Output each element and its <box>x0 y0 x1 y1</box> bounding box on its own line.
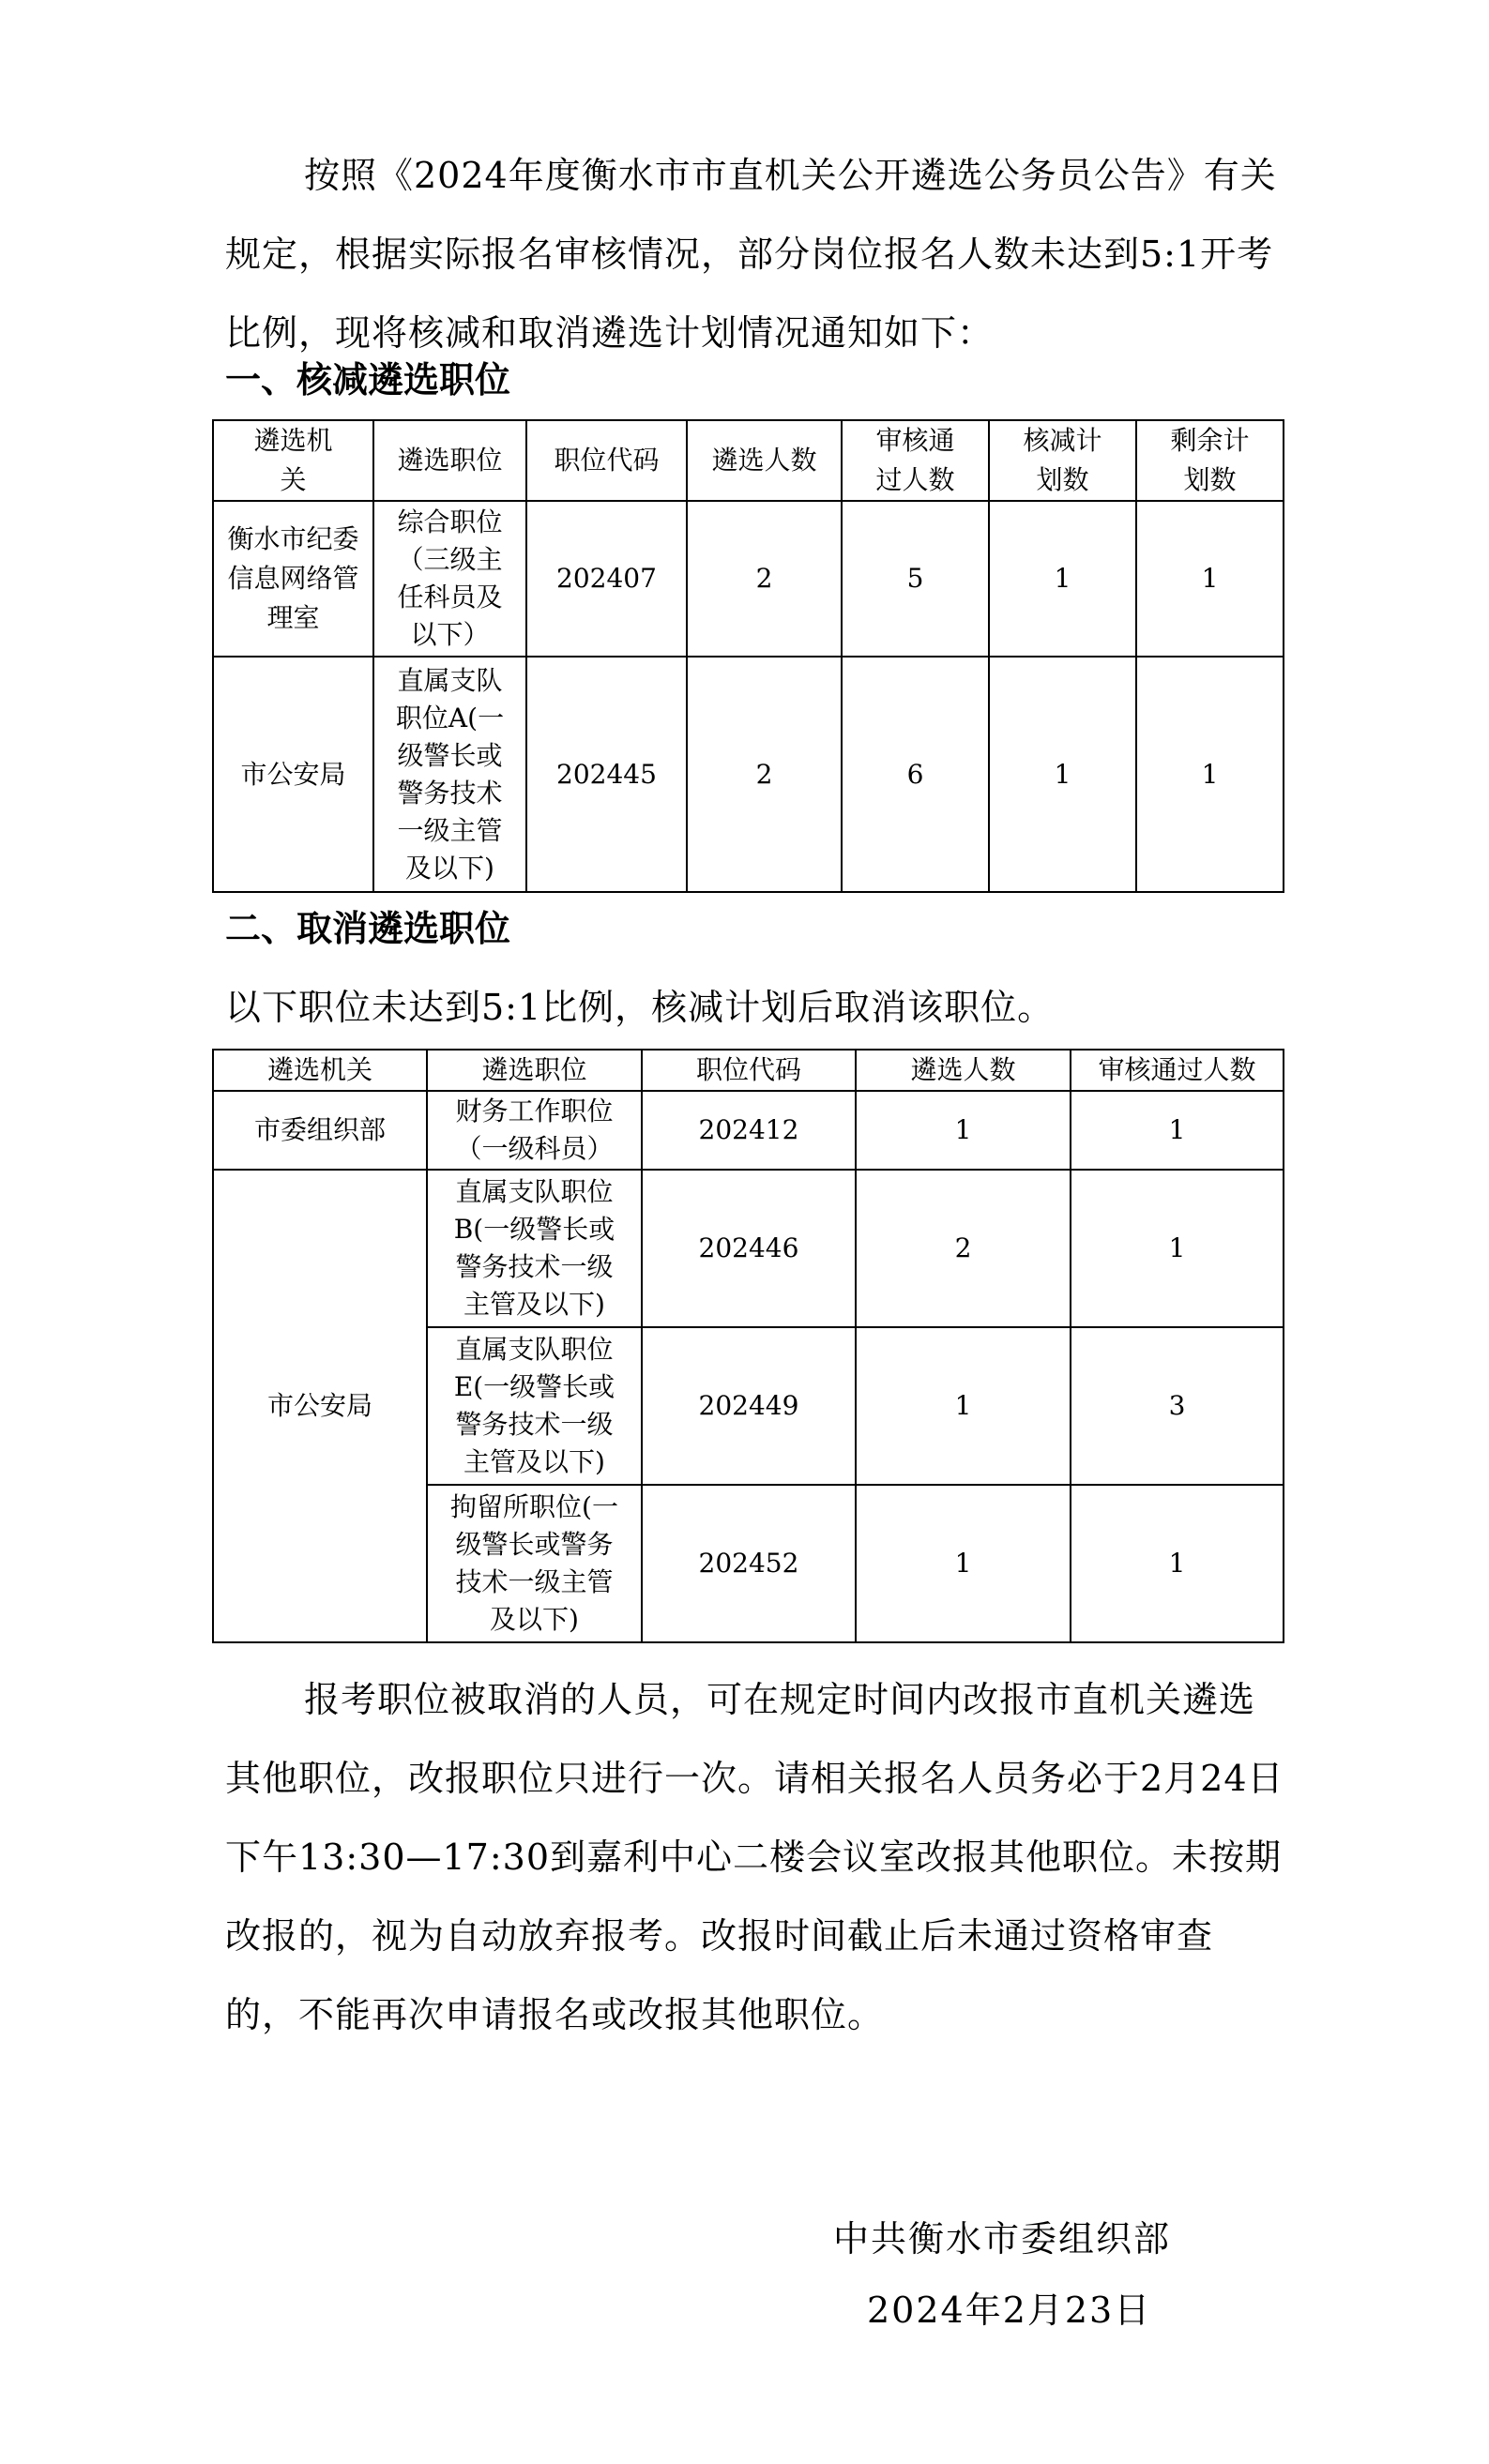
intro-paragraph: 按照《2024年度衡水市市直机关公开遴选公务员公告》有关规定，根据实际报名审核情… <box>225 136 1285 372</box>
cell-position: 直属支队职位E(一级警长或警务技术一级主管及以下) <box>427 1327 642 1485</box>
cell-remaining: 1 <box>1136 657 1284 892</box>
cell-code: 202412 <box>642 1091 856 1170</box>
table-row: 市委组织部 财务工作职位（一级科员） 202412 1 1 <box>213 1091 1284 1170</box>
cell-quota: 2 <box>687 657 842 892</box>
table-header-row: 遴选机关 遴选职位 职位代码 遴选人数 审核通过人数 核减计划数 剩余计划数 <box>213 420 1284 501</box>
header-passed: 审核通过人数 <box>842 420 989 501</box>
header-code: 职位代码 <box>642 1050 856 1091</box>
intro-text: 按照《2024年度衡水市市直机关公开遴选公务员公告》有关规定，根据实际报名审核情… <box>225 155 1277 354</box>
cell-position: 拘留所职位(一级警长或警务技术一级主管及以下) <box>427 1485 642 1642</box>
section2-note: 以下职位未达到5:1比例，核减计划后取消该职位。 <box>225 968 1285 1047</box>
header-quota: 遴选人数 <box>856 1050 1071 1091</box>
cell-passed: 5 <box>842 501 989 657</box>
header-position: 遴选职位 <box>427 1050 642 1091</box>
cell-code: 202407 <box>526 501 687 657</box>
header-remaining: 剩余计划数 <box>1136 420 1284 501</box>
header-position: 遴选职位 <box>373 420 526 501</box>
header-quota: 遴选人数 <box>687 420 842 501</box>
cell-position: 综合职位（三级主任科员及以下） <box>373 501 526 657</box>
cell-code: 202445 <box>526 657 687 892</box>
table-row: 市公安局 直属支队职位B(一级警长或警务技术一级主管及以下) 202446 2 … <box>213 1170 1284 1327</box>
cell-agency: 市公安局 <box>213 657 373 892</box>
header-passed: 审核通过人数 <box>1071 1050 1284 1091</box>
table-header-row: 遴选机关 遴选职位 职位代码 遴选人数 审核通过人数 <box>213 1050 1284 1091</box>
closing-text: 报考职位被取消的人员，可在规定时间内改报市直机关遴选其他职位，改报职位只进行一次… <box>225 1679 1284 2035</box>
cell-agency: 市委组织部 <box>213 1091 427 1170</box>
cell-code: 202449 <box>642 1327 856 1485</box>
header-agency: 遴选机关 <box>213 1050 427 1091</box>
cell-code: 202452 <box>642 1485 856 1642</box>
cell-quota: 1 <box>856 1327 1071 1485</box>
table-row: 衡水市纪委信息网络管理室 综合职位（三级主任科员及以下） 202407 2 5 … <box>213 501 1284 657</box>
cell-passed: 3 <box>1071 1327 1284 1485</box>
cell-reduced: 1 <box>989 657 1136 892</box>
table-row: 市公安局 直属支队职位A(一级警长或警务技术一级主管及以下) 202445 2 … <box>213 657 1284 892</box>
cell-passed: 1 <box>1071 1091 1284 1170</box>
closing-paragraph: 报考职位被取消的人员，可在规定时间内改报市直机关遴选其他职位，改报职位只进行一次… <box>225 1660 1285 2054</box>
cell-quota: 2 <box>687 501 842 657</box>
signature-date: 2024年2月23日 <box>867 2287 1151 2334</box>
cell-quota: 1 <box>856 1485 1071 1642</box>
cell-quota: 1 <box>856 1091 1071 1170</box>
cell-position: 财务工作职位（一级科员） <box>427 1091 642 1170</box>
cell-reduced: 1 <box>989 501 1136 657</box>
cell-agency: 衡水市纪委信息网络管理室 <box>213 501 373 657</box>
header-reduced: 核减计划数 <box>989 420 1136 501</box>
cell-quota: 2 <box>856 1170 1071 1327</box>
reduced-positions-table: 遴选机关 遴选职位 职位代码 遴选人数 审核通过人数 核减计划数 剩余计划数 衡… <box>212 419 1284 893</box>
cell-remaining: 1 <box>1136 501 1284 657</box>
section2-heading: 二、取消遴选职位 <box>225 905 510 952</box>
header-code: 职位代码 <box>526 420 687 501</box>
cell-agency: 市公安局 <box>213 1170 427 1642</box>
cell-passed: 1 <box>1071 1485 1284 1642</box>
signature-org: 中共衡水市委组织部 <box>833 2215 1171 2262</box>
cell-position: 直属支队职位A(一级警长或警务技术一级主管及以下) <box>373 657 526 892</box>
cell-code: 202446 <box>642 1170 856 1327</box>
cancelled-positions-table: 遴选机关 遴选职位 职位代码 遴选人数 审核通过人数 市委组织部 财务工作职位（… <box>212 1049 1284 1643</box>
cell-passed: 1 <box>1071 1170 1284 1327</box>
header-agency: 遴选机关 <box>213 420 373 501</box>
cell-position: 直属支队职位B(一级警长或警务技术一级主管及以下) <box>427 1170 642 1327</box>
section1-heading: 一、核减遴选职位 <box>225 356 510 403</box>
cell-passed: 6 <box>842 657 989 892</box>
